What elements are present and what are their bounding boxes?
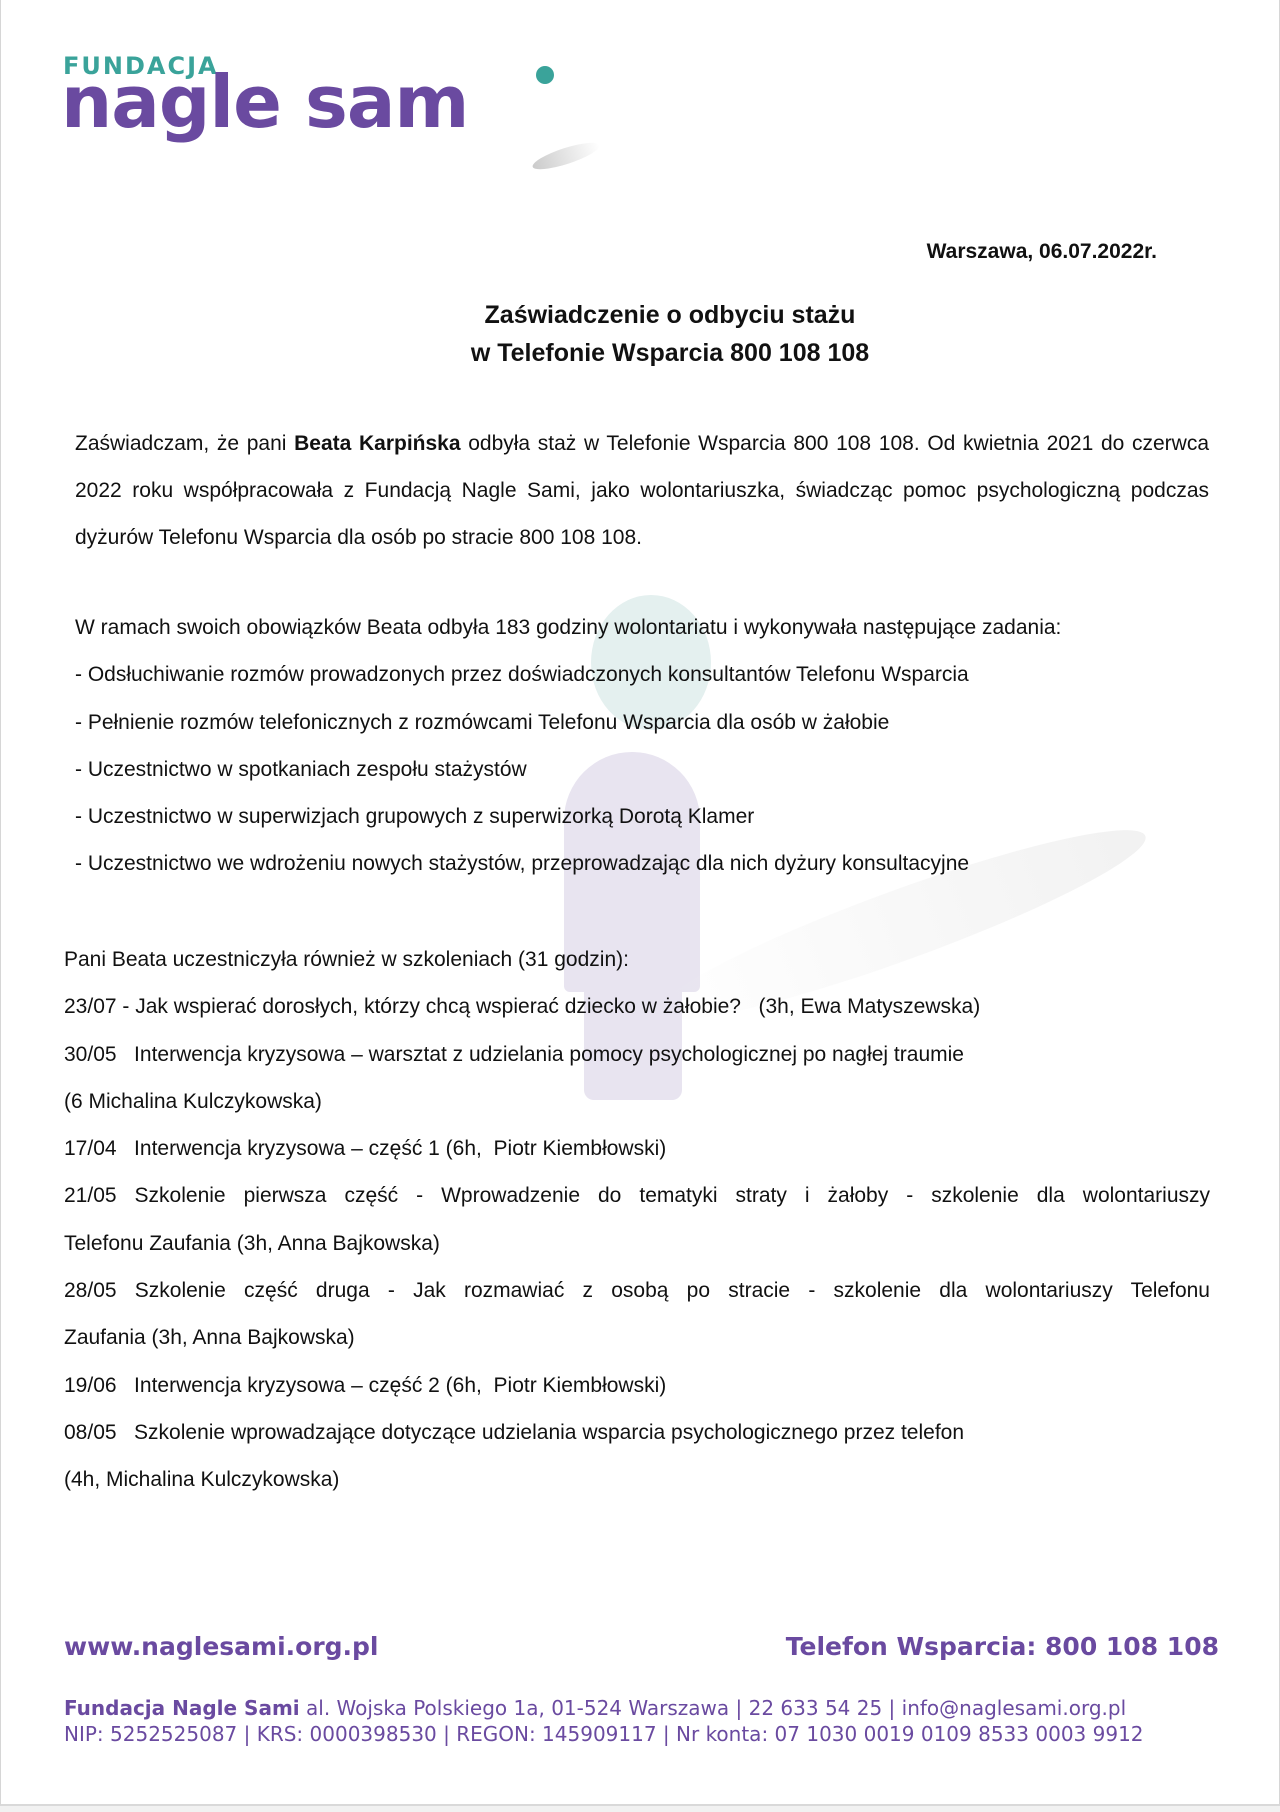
document-date: Warszawa, 06.07.2022r. — [927, 240, 1157, 264]
training-line: 30/05 Interwencja kryzysowa – warsztat z… — [64, 1031, 1210, 1078]
duty-item: - Odsłuchiwanie rozmów prowadzonych prze… — [75, 651, 1235, 698]
training-line: 28/05 Szkolenie część druga - Jak rozmaw… — [64, 1267, 1210, 1314]
intro-prefix: Zaświadczam, że pani — [75, 432, 294, 455]
training-line: 23/07 - Jak wspierać dorosłych, którzy c… — [64, 983, 1210, 1030]
footer-website-link[interactable]: www.naglesami.org.pl — [64, 1632, 379, 1661]
training-line: 17/04 Interwencja kryzysowa – część 1 (6… — [64, 1125, 1210, 1172]
duty-item: - Pełnienie rozmów telefonicznych z rozm… — [75, 699, 1235, 746]
title-line-1: Zaświadczenie o odbyciu stażu — [61, 296, 1279, 334]
duty-item: - Uczestnictwo w superwizjach grupowych … — [75, 793, 1235, 840]
title-line-2: w Telefonie Wsparcia 800 108 108 — [61, 334, 1279, 372]
intro-paragraph: Zaświadczam, że pani Beata Karpińska odb… — [75, 420, 1209, 561]
training-line: Telefonu Zaufania (3h, Anna Bajkowska) — [64, 1220, 1210, 1267]
logo-dot-icon — [536, 66, 554, 84]
footer-org-name: Fundacja Nagle Sami — [64, 1696, 300, 1720]
logo-name-text: nagle sam — [61, 66, 468, 138]
duties-section: W ramach swoich obowiązków Beata odbyła … — [75, 604, 1235, 888]
document-page: FUNDACJA nagle sam Warszawa, 06.07.2022r… — [0, 0, 1280, 1806]
footer-registry-line: NIP: 5252525087 | KRS: 0000398530 | REGO… — [64, 1721, 1224, 1747]
training-list: 23/07 - Jak wspierać dorosłych, którzy c… — [64, 983, 1210, 1503]
trainings-heading: Pani Beata uczestniczyła również w szkol… — [64, 936, 1210, 983]
trainings-section: Pani Beata uczestniczyła również w szkol… — [64, 936, 1210, 1504]
document-title: Zaświadczenie o odbyciu stażu w Telefoni… — [1, 296, 1279, 372]
intern-name: Beata Karpińska — [294, 432, 460, 455]
foundation-logo: FUNDACJA nagle sam — [61, 52, 541, 152]
duty-item: - Uczestnictwo we wdrożeniu nowych staży… — [75, 840, 1235, 887]
duties-heading: W ramach swoich obowiązków Beata odbyła … — [75, 604, 1235, 651]
training-line: 08/05 Szkolenie wprowadzające dotyczące … — [64, 1409, 1210, 1456]
footer-address-line: Fundacja Nagle Sami al. Wojska Polskiego… — [64, 1695, 1224, 1721]
footer-phone: Telefon Wsparcia: 800 108 108 — [786, 1632, 1219, 1661]
duty-item: - Uczestnictwo w spotkaniach zespołu sta… — [75, 746, 1235, 793]
training-line: 21/05 Szkolenie pierwsza część - Wprowad… — [64, 1172, 1210, 1219]
training-line: 19/06 Interwencja kryzysowa – część 2 (6… — [64, 1362, 1210, 1409]
training-line: (4h, Michalina Kulczykowska) — [64, 1456, 1210, 1503]
footer-address-block: Fundacja Nagle Sami al. Wojska Polskiego… — [64, 1695, 1224, 1747]
footer-address: al. Wojska Polskiego 1a, 01-524 Warszawa… — [300, 1696, 1126, 1720]
training-line: (6 Michalina Kulczykowska) — [64, 1078, 1210, 1125]
logo-swoosh-icon — [530, 138, 602, 175]
training-line: Zaufania (3h, Anna Bajkowska) — [64, 1314, 1210, 1361]
